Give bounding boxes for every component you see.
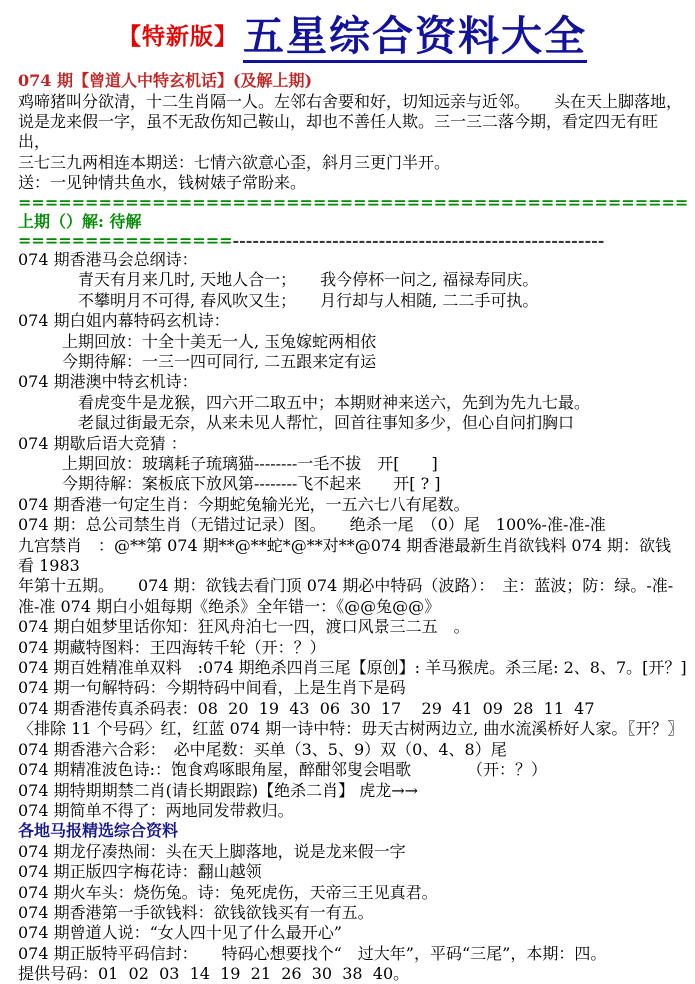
text-line: 074 期简单不得了：两地同发带救归。 — [18, 801, 687, 821]
text-line: 074 期正版四字梅花诗：翻山越领 — [18, 862, 687, 882]
text-line: 074 期：总公司禁生肖（无错过记录）图。 绝杀一尾 （0）尾 100%-准-准… — [18, 515, 687, 535]
text-line: 074 期火车头：烧伤兔。诗：兔死虎伤，天帝三王见真君。 — [18, 883, 687, 903]
text-line: 074 期香港第一手欲钱料：欲钱欲钱买有一有五。 — [18, 903, 687, 923]
provided-numbers: 提供号码：01 02 03 14 19 21 26 30 38 40。 — [18, 964, 687, 984]
poem-line: 青天有月来几时, 天地人合一； 我今停杯一问之, 福禄寿同庆。 — [18, 270, 687, 290]
text-line: 074 期香港一句定生肖：今期蛇兔输光光，一五六七八有尾数。 — [18, 495, 687, 515]
page-title: 五星综合资料大全 — [243, 14, 587, 63]
text-line: 074 期一句解特码：今期特码中间看，上是生肖下是码 — [18, 678, 687, 698]
text-line: 三七三九两相连本期送：七情六欲意心歪，斜月三更门半开。 — [18, 153, 687, 173]
text-line: 074 期藏特图料：王四海转千轮（开：？） — [18, 638, 687, 658]
divider: ================------------------------… — [18, 232, 687, 250]
poem-line: 看虎变牛是龙猴，四六开二取五中；本期财神来送六，先到为先九七最。 — [18, 393, 687, 413]
divider-equals: ================ — [18, 232, 233, 250]
section-header: 074 期白姐内幕特码玄机诗： — [18, 311, 687, 331]
pending-note: 上期（）解: 待解 — [18, 212, 687, 232]
text-line: 准-准 074 期白小姐每期《绝杀》全年错一：《@@兔@@》 — [18, 597, 687, 617]
masthead: 【特新版】 五星综合资料大全 — [18, 14, 687, 63]
poem-line: 上期回放：玻璃耗子琉璃猫--------一毛不拔 开[ ] — [18, 454, 687, 474]
text-line: 〈排除 11 个号码〉红，红蓝 074 期一诗中特：毋天古树两边立, 曲水流溪桥… — [18, 719, 687, 739]
section-header-navy: 各地马报精选综合资料 — [18, 821, 687, 841]
text-line: 九宫禁肖 ：@**第 074 期**@**蛇*@**对**@074 期香港最新生… — [18, 536, 687, 577]
text-line: 鸡啼猪叫分欲清，十二生肖隔一人。左邻右舍要和好，切知远亲与近邻。 头在天上脚落地… — [18, 92, 687, 112]
text-line: 074 期曾道人说：“女人四十见了什么最开心” — [18, 923, 687, 943]
section-header: 074 期港澳中特玄机诗： — [18, 372, 687, 392]
section-header-red: 074 期【曾道人中特玄机话】(及解上期) — [18, 71, 687, 91]
poem-line: 今期待解：一三一四可同行, 二五跟来定有运 — [18, 352, 687, 372]
edition-badge: 【特新版】 — [118, 23, 238, 50]
section-header: 074 期香港马会总纲诗： — [18, 250, 687, 270]
text-line: 074 期精准波色诗:：饱食鸡啄眼角屋，醉酣邻叟会唱歌 （开：？） — [18, 760, 687, 780]
text-line: 074 期龙仔凑热闹：头在天上脚落地，说是龙来假一字 — [18, 842, 687, 862]
content-lines: 074 期【曾道人中特玄机话】(及解上期)鸡啼猪叫分欲清，十二生肖隔一人。左邻右… — [18, 71, 687, 984]
poem-line: 老鼠过街最无奈，从来未见人帮忙，回首往事知多少，但心自问扪胸口 — [18, 413, 687, 433]
text-line: 送：一见钟情共鱼水，钱树婊子常盼来。 — [18, 173, 687, 193]
divider: ========================================… — [18, 194, 687, 212]
text-line: 074 期正版特平码信封： 特码心想要找个“ 过大年”，平码“三尾”，本期：四。 — [18, 944, 687, 964]
text-line: 074 期百姓精准单双料 :074 期绝杀四肖三尾【原创】: 羊马猴虎。杀三尾:… — [18, 658, 687, 678]
section-header: 074 期歇后语大竞猜 ： — [18, 434, 687, 454]
divider-dashes: ----------------------------------------… — [233, 232, 605, 250]
poem-line: 上期回放：十全十美无一人, 玉兔嫁蛇两相依 — [18, 332, 687, 352]
kill-number-table: 074 期香港传真杀码表：08 20 19 43 06 30 17 29 41 … — [18, 699, 687, 719]
poem-line: 不攀明月不可得, 春风吹又生； 月行却与人相随, 二二手可执。 — [18, 291, 687, 311]
text-line: 074 期白姐梦里话你知：狂风舟泊七一四，渡口风景三二五 。 — [18, 617, 687, 637]
page: 【特新版】 五星综合资料大全 074 期【曾道人中特玄机话】(及解上期)鸡啼猪叫… — [0, 0, 695, 984]
text-line: 074 期特期期禁二肖(请长期跟踪)【绝杀二肖】 虎龙→→ — [18, 781, 687, 801]
text-line: 说是龙来假一字，虽不无敌伤知己鞍山，却也不善任人欺。三一三二落今期，看定四无有旺… — [18, 112, 687, 153]
poem-line: 今期待解：案板底下放风第--------飞不起来 开[ ? ] — [18, 474, 687, 494]
text-line: 年第十五期。 074 期：欲钱去看门顶 074 期必中特码（波路）： 主：蓝波；… — [18, 576, 687, 596]
text-line: 074 期香港六合彩： 必中尾数：买单（3、5、9）双（0、4、8）尾 — [18, 740, 687, 760]
